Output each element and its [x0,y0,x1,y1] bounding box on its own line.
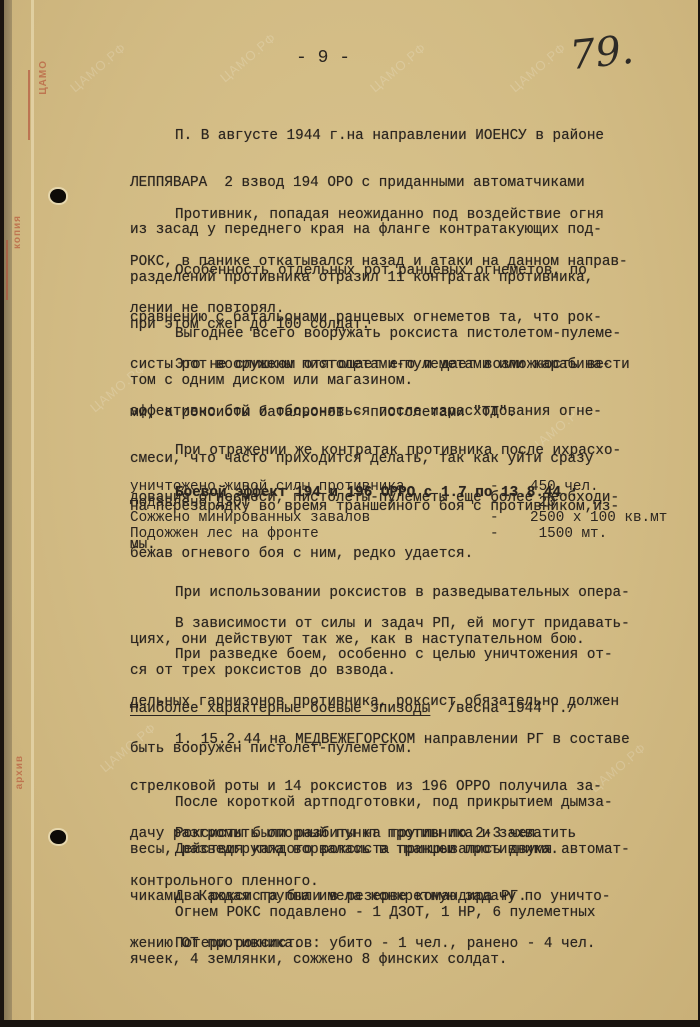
text-line: Действия каждого роксиста прикрывались д… [130,843,690,859]
stat-value: 2500 х 100 кв.мт [530,511,667,527]
text-line: Противник, попадая неожиданно под воздей… [130,208,690,224]
stat-dash: - [490,511,530,527]
stat-value: 450 чел. [530,480,599,496]
fold-line [31,0,34,1020]
combat-effect-table: уничтожено живой силы противника - 450 ч… [130,480,690,542]
episode-1-paragraph-7: Потери роксистов: убито - 1 чел., ранено… [130,905,690,984]
watermark: ЦАМО.РФ [367,40,429,95]
watermark: ЦАМО.РФ [67,40,129,95]
margin-red-line [28,70,30,140]
text-line: П. В августе 1944 г.на направлении ИОЕНС… [130,129,690,145]
margin-red-line [6,240,8,300]
stat-label: подавлено ДЗОТ [130,496,490,512]
text-line: Потери роксистов: убито - 1 чел., ранено… [130,937,690,953]
stat-label: уничтожено живой силы противника [130,480,490,496]
stat-value: 20 [530,496,556,512]
stat-label: Подожжен лес на фронте [130,527,490,543]
text-line: Особенность отдельных рот ранцевых огнем… [130,264,690,280]
text-line: При разведке боем, особенно с целью унич… [130,648,690,664]
binding-edge [4,0,12,1020]
page-number: - 9 - [296,48,350,68]
watermark: ЦАМО.РФ [217,30,279,85]
stat-row: уничтожено живой силы противника - 450 ч… [130,480,690,496]
margin-stamp: ЦАМО [38,60,49,95]
punch-hole [50,189,66,203]
punch-hole [50,830,66,844]
stat-value: 1500 мт. [530,527,607,543]
stat-dash: - [490,480,530,496]
stat-label: Сожжено минированных завалов [130,511,490,527]
margin-stamp: архив [14,755,25,789]
stat-dash: - [490,527,530,543]
handwritten-sheet-number: 79. [568,27,636,79]
text-line: 1. 15.2.44 на МЕДВЕЖЕГОРСКОМ направлении… [130,733,690,749]
document-page: ЦАМО копия архив ЦАМО.РФ ЦАМО.РФ ЦАМО.РФ… [4,0,698,1020]
watermark: ЦАМО.РФ [507,40,569,95]
stat-dash: - [490,496,530,512]
stat-row: подавлено ДЗОТ - 20 [130,496,690,512]
stat-row: Подожжен лес на фронте - 1500 мт. [130,527,690,543]
text-line: Это не слишком отягощает его и дает возм… [130,358,690,374]
margin-stamp: копия [12,215,23,249]
stat-row: Сожжено минированных завалов - 2500 х 10… [130,511,690,527]
